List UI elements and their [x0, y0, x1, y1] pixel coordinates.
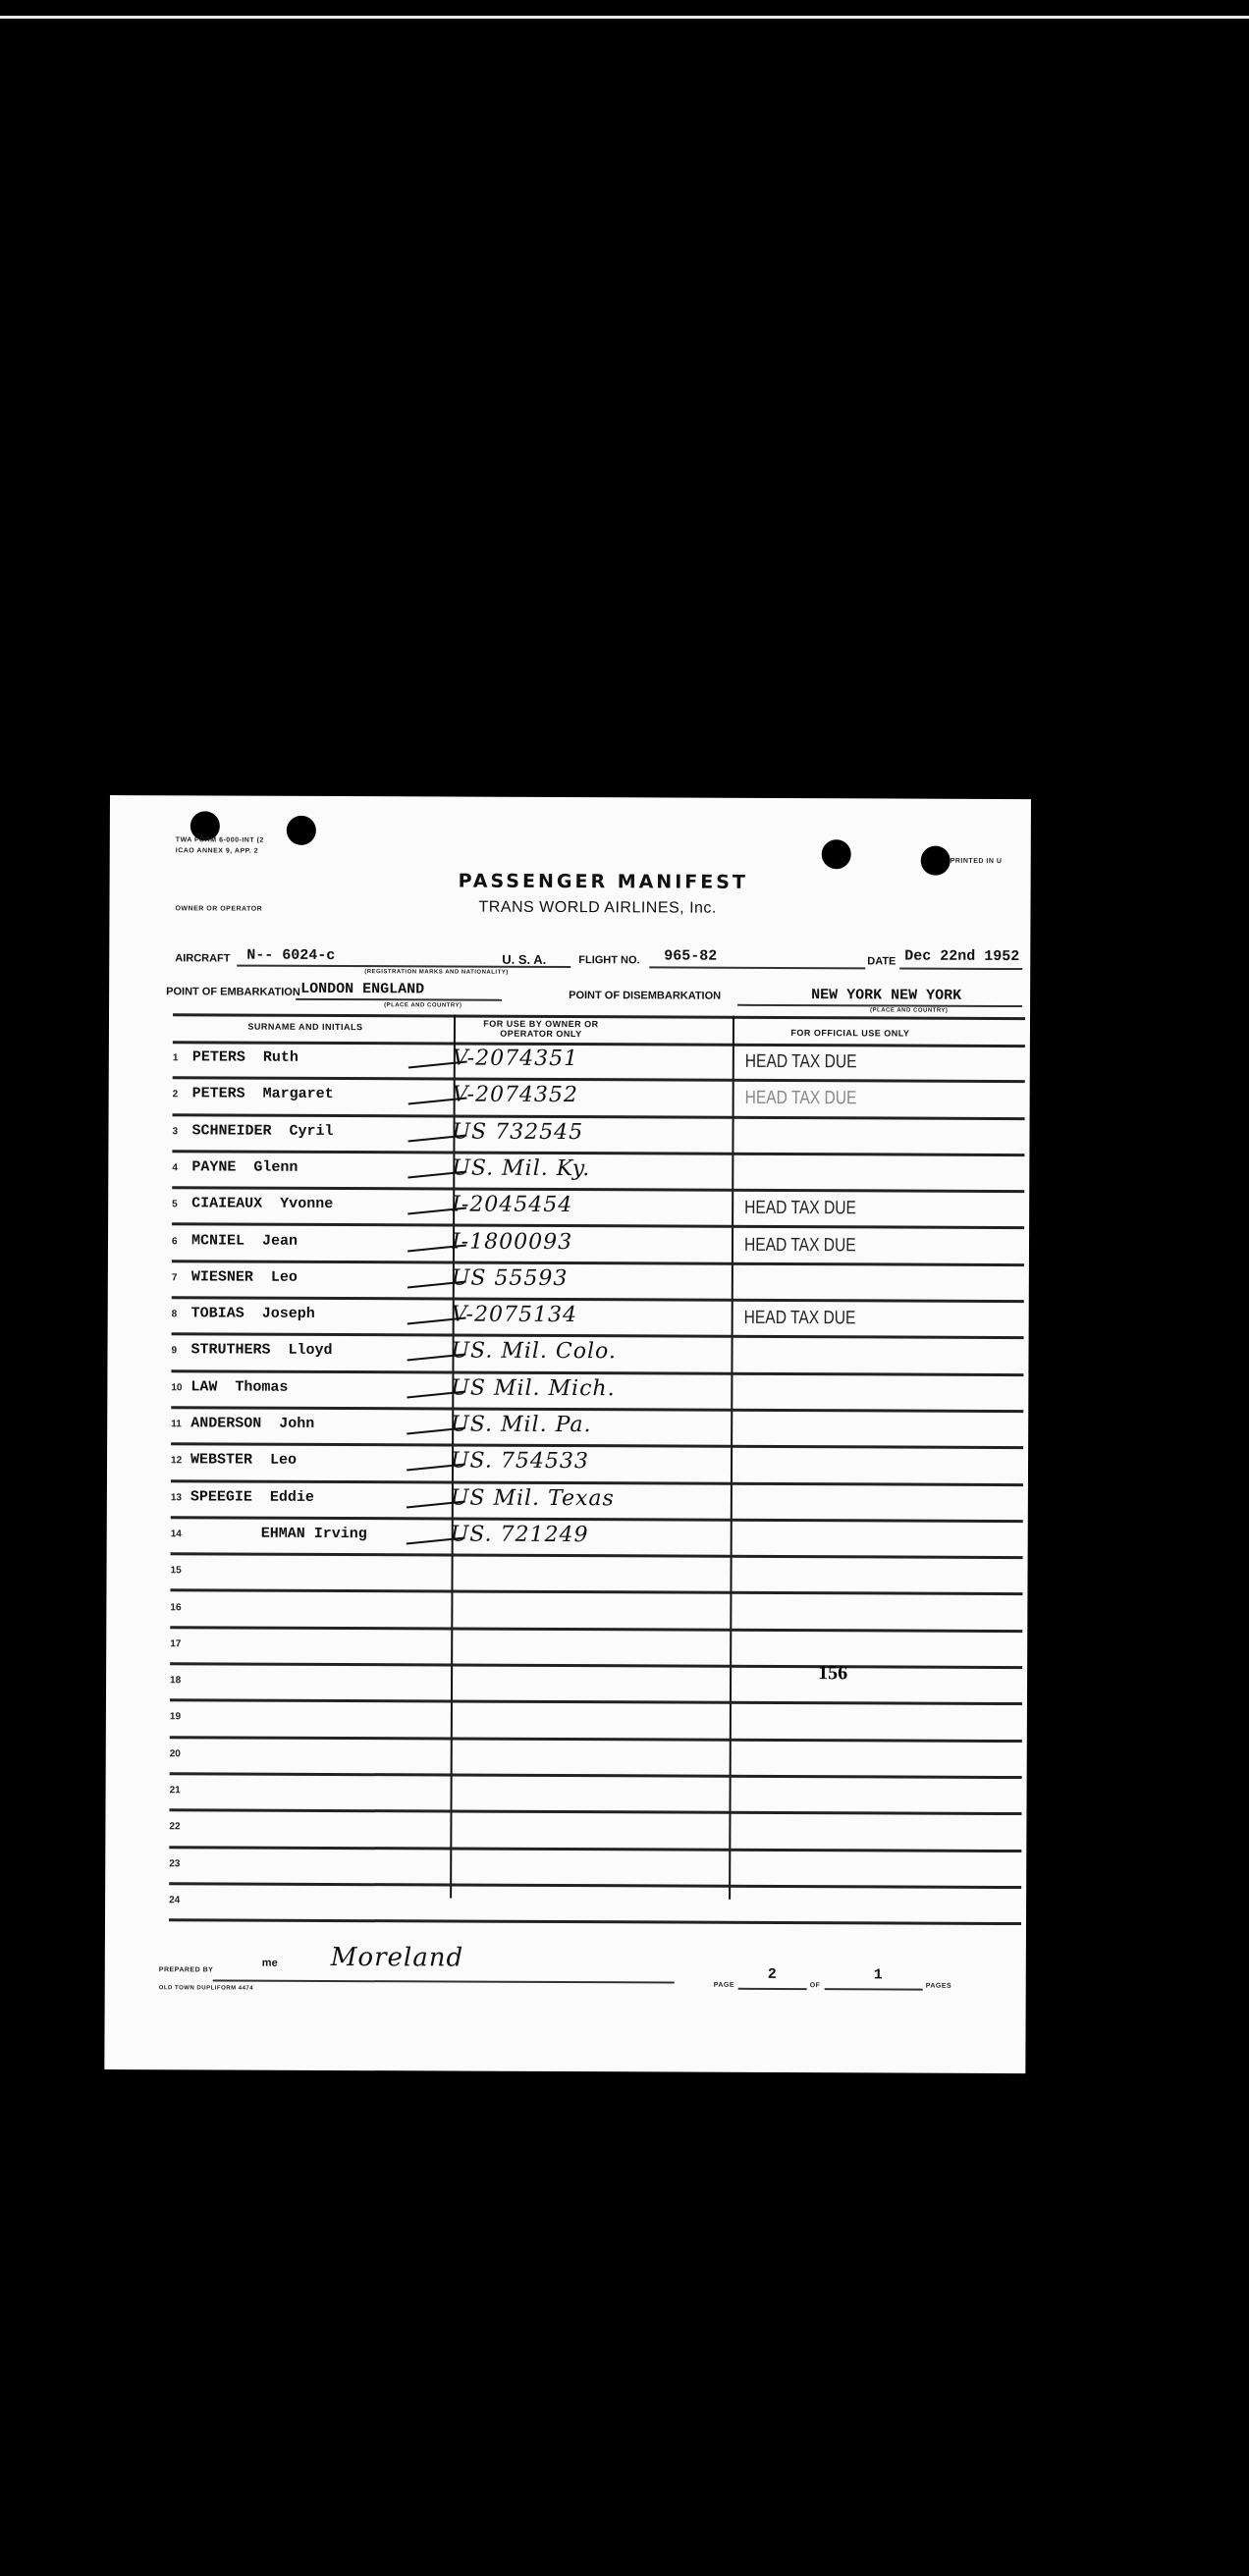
- row-number: 6: [172, 1236, 190, 1247]
- signature: Moreland: [331, 1943, 463, 1973]
- official-use-entry: HEAD TAX DUE: [744, 1308, 856, 1329]
- underline: [899, 968, 1022, 970]
- column-header-surname: SURNAME AND INITIALS: [173, 1021, 438, 1032]
- table-row: 8TOBIAS JosephV-2075134HEAD TAX DUE: [172, 1299, 1024, 1339]
- row-number: 2: [173, 1090, 190, 1100]
- row-number: 13: [171, 1492, 189, 1503]
- disembarkation-caption: (PLACE AND COUNTRY): [870, 1007, 948, 1013]
- page-value: 2: [768, 1966, 777, 1983]
- passenger-name: SCHNEIDER Cyril: [191, 1122, 333, 1140]
- passenger-name: WIESNER Leo: [191, 1268, 298, 1285]
- owner-use-entry: V-2074352: [453, 1083, 578, 1108]
- owner-operator-label: OWNER OR OPERATOR: [175, 905, 262, 912]
- row-number: 20: [170, 1748, 188, 1759]
- table-row: 21: [169, 1775, 1021, 1815]
- row-number: 17: [170, 1638, 188, 1649]
- row-divider: [169, 1918, 1021, 1925]
- page-label: PAGE: [714, 1982, 734, 1989]
- passenger-name: EHMAN Irving: [190, 1525, 367, 1542]
- table-row: 22: [169, 1812, 1021, 1852]
- row-number: 23: [169, 1858, 187, 1869]
- row-number: 19: [170, 1712, 188, 1723]
- underline: [649, 966, 865, 968]
- disembarkation-value: NEW YORK NEW YORK: [811, 987, 961, 1004]
- aircraft-label: AIRCRAFT: [175, 952, 230, 964]
- row-number: 5: [172, 1199, 190, 1209]
- table-row: 1PETERS RuthV-2074351HEAD TAX DUE: [173, 1043, 1025, 1083]
- table-row: 16: [170, 1592, 1022, 1633]
- owner-use-entry: I-1800093: [452, 1229, 572, 1255]
- table-row: 19: [170, 1702, 1022, 1743]
- punch-hole: [287, 816, 316, 845]
- form-annex: ICAO ANNEX 9, APP. 2: [176, 847, 258, 854]
- underline: [738, 1988, 807, 1990]
- page-title: PASSENGER MANIFEST: [459, 871, 748, 893]
- owner-use-entry: US. 754533: [451, 1449, 589, 1475]
- manifest-document: TWA FORM 6-000-INT (2 ICAO ANNEX 9, APP.…: [104, 795, 1031, 2073]
- passenger-name: PETERS Ruth: [192, 1048, 299, 1065]
- passenger-name: ANDERSON John: [190, 1415, 314, 1432]
- table-row: 5CIAIEAUX YvonneI-2045454HEAD TAX DUE: [172, 1189, 1024, 1229]
- passenger-name: PAYNE Glenn: [191, 1158, 298, 1175]
- date-value: Dec 22nd 1952: [904, 948, 1019, 966]
- owner-use-entry: US 55593: [452, 1265, 569, 1291]
- airline-name: TRANS WORLD AIRLINES, Inc.: [478, 899, 716, 918]
- embarkation-label: POINT OF EMBARKATION: [166, 986, 300, 998]
- prepared-by-initials: me: [262, 1958, 278, 1969]
- passenger-name: LAW Thomas: [190, 1378, 288, 1395]
- official-use-entry: HEAD TAX DUE: [744, 1198, 856, 1219]
- passenger-name: CIAIEAUX Yvonne: [191, 1196, 333, 1213]
- column-header-owner: FOR USE BY OWNER OR OPERATOR ONLY: [467, 1019, 615, 1040]
- underline: [825, 1988, 923, 1990]
- row-number: 8: [172, 1309, 190, 1319]
- owner-use-entry: US. Mil. Colo.: [451, 1339, 616, 1365]
- table-row: 6MCNIEL JeanI-1800093HEAD TAX DUE: [172, 1226, 1024, 1266]
- passenger-name: STRUTHERS Lloyd: [190, 1342, 332, 1360]
- embarkation-value: LONDON ENGLAND: [300, 981, 424, 998]
- official-use-entry: HEAD TAX DUE: [745, 1088, 857, 1109]
- owner-use-entry: I-2045454: [452, 1193, 572, 1218]
- form-number: TWA FORM 6-000-INT (2: [176, 836, 264, 843]
- table-row: 18156: [170, 1665, 1022, 1705]
- table-row: 9STRUTHERS LloydUS. Mil. Colo.: [171, 1336, 1023, 1376]
- row-number: 11: [171, 1419, 189, 1429]
- scan-border-line: [0, 16, 1249, 19]
- passenger-name: MCNIEL Jean: [191, 1232, 298, 1249]
- row-number: 3: [172, 1126, 190, 1137]
- pages-label: PAGES: [926, 1983, 952, 1990]
- punch-hole: [921, 846, 950, 876]
- embarkation-caption: (PLACE AND COUNTRY): [384, 1002, 462, 1008]
- official-use-entry: HEAD TAX DUE: [745, 1051, 857, 1073]
- owner-use-entry: V-2075134: [452, 1303, 577, 1328]
- row-number: 10: [171, 1382, 189, 1393]
- table-row: 20: [170, 1739, 1022, 1779]
- row-number: 7: [172, 1272, 190, 1283]
- table-row: 15: [170, 1555, 1022, 1595]
- disembarkation-label: POINT OF DISEMBARKATION: [569, 990, 721, 1002]
- table-row: 23: [169, 1849, 1021, 1889]
- table-row: 24: [169, 1885, 1021, 1925]
- passenger-name: SPEEGIE Eddie: [190, 1488, 314, 1506]
- table-row: 7WIESNER LeoUS 55593: [172, 1262, 1024, 1303]
- table-row: 11ANDERSON JohnUS. Mil. Pa.: [171, 1409, 1023, 1449]
- underline: [213, 1979, 675, 1983]
- owner-use-entry: US 732545: [452, 1119, 583, 1145]
- passenger-name: TOBIAS Joseph: [191, 1305, 315, 1322]
- prepared-by-label: PREPARED BY: [159, 1966, 214, 1973]
- printed-in: PRINTED IN U: [950, 858, 1003, 865]
- table-row: 13SPEEGIE EddieUS Mil. Texas: [171, 1482, 1023, 1523]
- table-row: 4PAYNE GlennUS. Mil. Ky.: [172, 1153, 1024, 1193]
- punch-hole: [822, 839, 851, 869]
- owner-use-entry: V-2074351: [453, 1046, 578, 1072]
- table-row: 12WEBSTER LeoUS. 754533: [171, 1446, 1023, 1486]
- official-use-entry: HEAD TAX DUE: [744, 1234, 856, 1256]
- flight-label: FLIGHT NO.: [578, 954, 639, 966]
- underline: [296, 998, 502, 1000]
- of-value: 1: [874, 1966, 883, 1983]
- official-use-entry: 156: [818, 1662, 847, 1685]
- owner-use-entry: US Mil. Texas: [451, 1485, 615, 1511]
- row-number: 18: [170, 1675, 188, 1686]
- row-number: 12: [171, 1456, 189, 1467]
- flight-value: 965-82: [664, 947, 717, 964]
- passenger-name: PETERS Margaret: [192, 1086, 334, 1103]
- aircraft-value: N-- 6024-c: [246, 947, 335, 964]
- row-number: 1: [173, 1052, 190, 1063]
- country-label: U. S. A.: [502, 952, 546, 967]
- row-number: 9: [172, 1346, 190, 1357]
- owner-use-entry: US. 721249: [451, 1522, 589, 1547]
- aircraft-caption: (REGISTRATION MARKS AND NATIONALITY): [364, 969, 509, 976]
- owner-use-entry: US Mil. Mich.: [451, 1375, 615, 1401]
- underline: [737, 1004, 1022, 1007]
- table-row: 3SCHNEIDER CyrilUS 732545: [172, 1116, 1024, 1156]
- table-row: 17: [170, 1629, 1022, 1669]
- row-number: 15: [171, 1565, 189, 1576]
- row-number: 14: [171, 1529, 189, 1539]
- table-row: 10LAW ThomasUS Mil. Mich.: [171, 1372, 1023, 1413]
- form-print-label: OLD TOWN DUPLIFORM 4474: [159, 1985, 253, 1991]
- of-label: OF: [810, 1982, 821, 1989]
- owner-use-entry: US. Mil. Ky.: [452, 1155, 590, 1181]
- row-number: 24: [169, 1895, 187, 1905]
- row-number: 4: [172, 1162, 190, 1173]
- passenger-table: SURNAME AND INITIALS FOR USE BY OWNER OR…: [169, 1013, 1025, 1881]
- row-number: 21: [170, 1785, 188, 1796]
- passenger-name: WEBSTER Leo: [190, 1452, 297, 1469]
- date-label: DATE: [867, 955, 896, 967]
- table-row: 14 EHMAN IrvingUS. 721249: [171, 1519, 1023, 1559]
- row-number: 16: [170, 1602, 188, 1613]
- table-row: 2PETERS MargaretV-2074352HEAD TAX DUE: [173, 1080, 1025, 1120]
- owner-use-entry: US. Mil. Pa.: [451, 1413, 591, 1438]
- row-number: 22: [169, 1822, 187, 1833]
- column-header-official: FOR OFFICIAL USE ONLY: [752, 1028, 949, 1039]
